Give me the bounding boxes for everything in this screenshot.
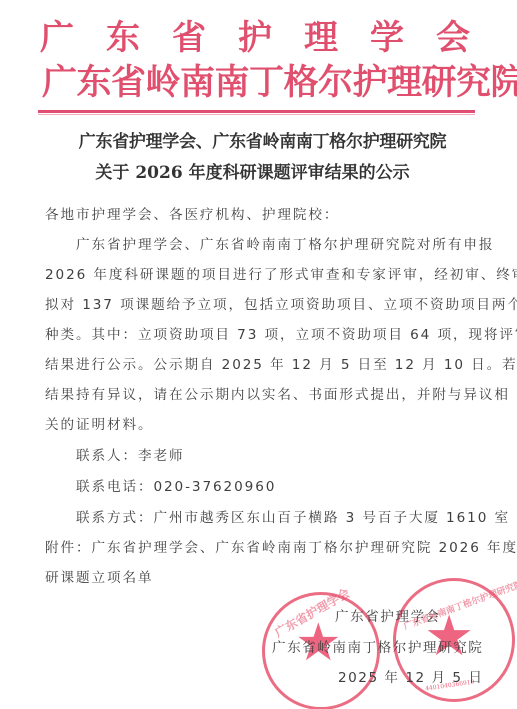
signature-org2: 广东省岭南南丁格尔护理研究院 <box>272 636 483 656</box>
letterhead-org2: 广东省岭南南丁格尔护理研究院 <box>42 62 472 104</box>
attachment-line: 附件：广东省护理学会、广东省岭南南丁格尔护理研究院 2026 年度科 <box>45 533 470 563</box>
body-line: 2026 年度科研课题的项目进行了形式审查和专家评审，经初审、终审， <box>45 260 470 290</box>
attachment-line: 研课题立项名单 <box>45 563 470 593</box>
letterhead-char: 省 <box>172 18 206 58</box>
letterhead-divider-thin <box>38 114 475 115</box>
document-title-line2: 关于 2026 年度科研课题评审结果的公示 <box>0 158 511 183</box>
contact-phone: 联系电话：020-37620960 <box>45 472 470 502</box>
salutation: 各地市护理学会、各医疗机构、护理院校： <box>45 200 470 230</box>
letterhead-char: 东 <box>106 18 140 58</box>
signature-org1: 广东省护理学会 <box>335 605 441 625</box>
body-line: 广东省护理学会、广东省岭南南丁格尔护理研究院对所有申报 <box>45 230 470 260</box>
letterhead-char: 广 <box>40 18 74 58</box>
letterhead-divider <box>38 110 475 113</box>
body-line: 结果持有异议，请在公示期内以实名、书面形式提出，并附与异议相 <box>45 380 470 410</box>
signature-date: 2025 年 12 月 5 日 <box>338 666 483 686</box>
letterhead-char: 理 <box>304 18 338 58</box>
contact-person: 联系人：李老师 <box>45 441 470 471</box>
contact-address: 联系方式：广州市越秀区东山百子横路 3 号百子大厦 1610 室 <box>45 503 470 533</box>
letterhead-char: 护 <box>238 18 272 58</box>
body-line: 拟对 137 项课题给予立项，包括立项资助项目、立项不资助项目两个 <box>45 290 470 320</box>
letterhead-org1: 广 东 省 护 理 学 会 <box>40 18 470 58</box>
document-title-line1: 广东省护理学会、广东省岭南南丁格尔护理研究院 <box>4 127 517 152</box>
body-line: 关的证明材料。 <box>45 410 470 440</box>
body-line: 种类。其中：立项资助项目 73 项，立项不资助项目 64 项，现将评审 <box>45 320 470 350</box>
letterhead-char: 学 <box>370 18 404 58</box>
letterhead-char: 会 <box>436 18 470 58</box>
body-line: 结果进行公示。公示期自 2025 年 12 月 5 日至 12 月 10 日。若… <box>45 350 470 380</box>
